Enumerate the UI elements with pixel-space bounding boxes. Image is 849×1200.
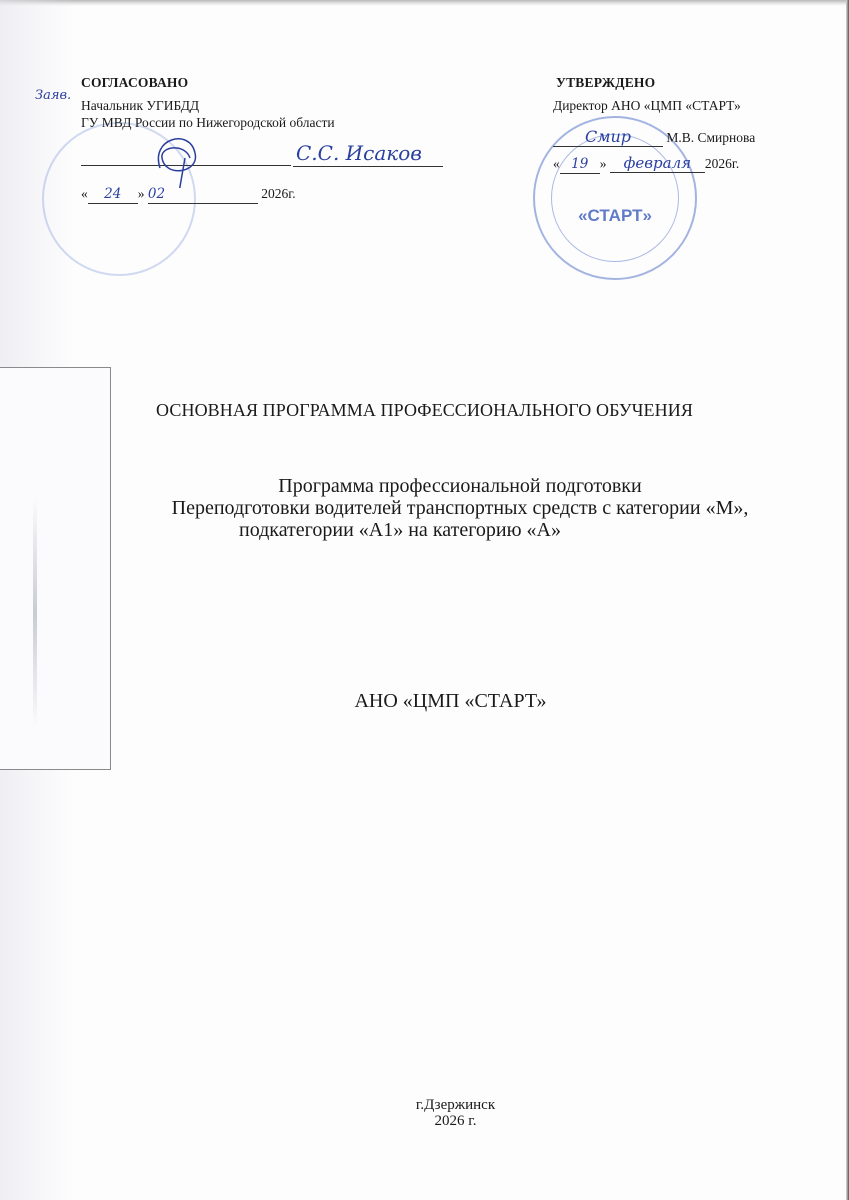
organization-name: АНО «ЦМП «СТАРТ» [0,690,849,713]
approved-signature: Смир [585,127,631,146]
agreed-date-year: 2026г. [261,186,295,201]
document-title: ОСНОВНАЯ ПРОГРАММА ПРОФЕССИОНАЛЬНОГО ОБУ… [0,400,849,421]
subtitle-line1: Программа профессиональной подготовки [60,475,849,497]
approved-heading: УТВЕРЖДЕНО [556,74,813,91]
agreed-signature: С.С. Исаков [296,145,422,162]
quote-close: » [138,186,145,201]
agreed-position-line1: Начальник УГИБДД [81,97,461,114]
agreed-position-line2: ГУ МВД России по Нижегородской области [81,114,461,131]
approved-date-row: «19» февраля2026г. [553,155,813,174]
approved-signature-row: Смир М.В. Смирнова [553,128,813,147]
scan-top-edge [0,0,849,6]
signature-scribble-icon [150,128,210,188]
year: 2026 г. [62,1113,849,1129]
quote-close: » [600,156,607,171]
approved-date-year: 2026г. [705,156,739,171]
agreed-date-row: «24» 02 2026г. [81,185,461,204]
agreed-signature-row: С.С. Исаков [81,153,461,173]
agreed-date-month: 02 [148,186,165,202]
handwritten-note: Заяв. [35,88,71,103]
signature-underline [293,166,443,167]
agreed-date-day: 24 [104,186,121,202]
quote-open: « [553,156,560,171]
approved-block: УТВЕРЖДЕНО Директор АНО «ЦМП «СТАРТ» Сми… [553,74,813,174]
subtitle-line2: Переподготовки водителей транспортных ср… [60,497,849,519]
agreed-block: СОГЛАСОВАНО Начальник УГИБДД ГУ МВД Росс… [81,74,461,204]
document-subtitle: Программа профессиональной подготовки Пе… [60,475,849,541]
approved-date-month: февраля [624,154,691,172]
stamp-text: «СТАРТ» [535,206,695,226]
approved-signatory-name: М.В. Смирнова [666,130,755,145]
subtitle-line3: подкатегории «А1» на категорию «А» [60,519,849,541]
quote-open: « [81,186,88,201]
document-footer: г.Дзержинск 2026 г. [0,1097,849,1129]
agreed-heading: СОГЛАСОВАНО [81,74,461,91]
approved-position: Директор АНО «ЦМП «СТАРТ» [553,97,813,114]
approved-date-day: 19 [571,156,588,172]
city: г.Дзержинск [62,1097,849,1113]
